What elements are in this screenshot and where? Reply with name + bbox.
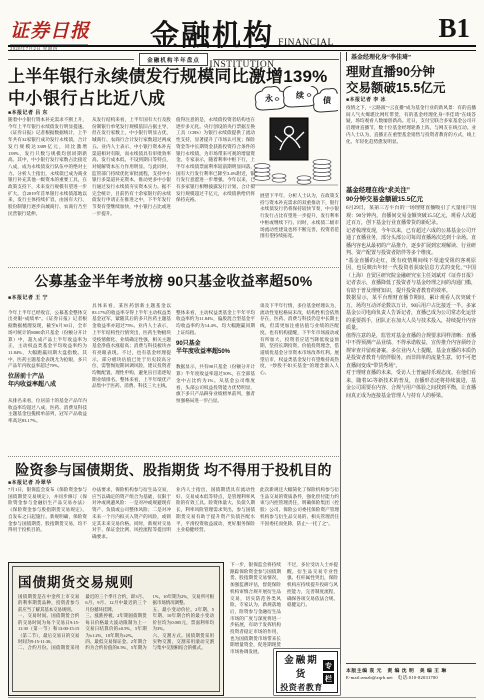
masthead-rule-thick <box>8 45 476 47</box>
page-number: B1 <box>438 13 470 44</box>
right-subhead: 基金经理在线“求关注” 90分钟交易金额破15.5亿元 <box>346 187 476 205</box>
insurance-body: 7月1日，银保监会发布《保险资金参与国债期货交易规定》，并同步修订《保险资金参与… <box>8 487 339 559</box>
badge-line1: 金融期货 <box>280 652 323 680</box>
insurance-byline: ■本报记者 冷翠华 <box>8 479 52 486</box>
insurance-headline: 险资参与国债期货、股指期货 均不得用于投机目的 <box>8 460 339 480</box>
cartoon-label-1: 永 <box>265 93 273 103</box>
badge-line2: 投资者教育 <box>280 682 323 693</box>
insurance-cont-column-a: 下一步，银保监会将持续跟踪保险资金参与国债期货、股指期货交易情况，加强监测评估，… <box>230 562 281 696</box>
fund-body: 今年上半年已经收官，公募基金整体交出亮眼“成绩单”。《证券日报》记者根据数据梳理… <box>8 303 339 453</box>
lead-byline: ■本报记者 吕 东 <box>8 109 48 116</box>
fund-byline: ■本报记者 王 宁 <box>8 294 48 301</box>
right-kicker: 基金经理化身“李佳琦” <box>346 52 476 61</box>
fund-col1-text-a: 今年上半年已经收官，公募基金整体交出亮眼“成绩单”。《证券日报》记者根据数据梳理… <box>8 310 87 369</box>
fund-column-3: 整体来看，主动权益类基金上半年平均收益率约为11.84%，偏股混合型基金平均收益… <box>176 303 255 453</box>
kicker-line-left <box>8 59 134 60</box>
separator-1 <box>8 267 339 268</box>
rules-box-inner: 国债期货交易规则 国债期货是在中金所上市交易的利率期货品种，投资者参与前应当了解… <box>12 566 220 692</box>
footer-editors: 本版主编 袁 元 责 编 沈 明 美 编 王 琳 <box>346 667 476 674</box>
fund-headline: 公募基金半年考放榜 90只基金收益率超50% <box>8 271 339 291</box>
treasury-futures-rules-box: 国债期货交易规则 国债期货是在中金所上市交易的利率期货品种，投资者参与前应当了解… <box>8 562 224 696</box>
newspaper-name: 证券日报 <box>10 16 130 43</box>
right-body-intro: 疫情之下，“云路演”“云直播”成为基金行业的新风景：有的直播间人气火爆堪比网红带… <box>346 105 476 185</box>
insurance-column-3: 业内人士指出，国债期货具有流动性好、交易成本低等特点，是管理利率风险的有效工具。… <box>176 487 255 559</box>
right-body-main: 6月29日，某第三方平台的一场理财直播吸引了大量用户围观：90分钟内，直播间交易… <box>346 205 476 659</box>
fund-column-4: 谈及下半年行情，多位基金经理认为，流动性宽松格局未改，结构性机会依然存在，医药、… <box>260 303 339 453</box>
insurance-column-2: 办法要求，保险机构参与衍生品交易，应当以确定的资产组合为基础，仅限于对冲或规避风… <box>92 487 171 559</box>
masthead-rule-thin <box>8 50 476 51</box>
fund-column-2: 具体来看，某医药创新主题基金以83.17%的收益率夺得上半年主动权益类基金冠军，… <box>92 303 171 453</box>
insurance-column-1: 7月1日，银保监会发布《保险资金参与国债期货交易规定》，并同步修订《保险资金参与… <box>8 487 87 559</box>
badge-column-tag: 专 栏 <box>323 660 334 684</box>
lead-column-3: 值得注意的是，永续债投资者结构也在逐步多元化。央行创设的央行票据互换工具（CBS… <box>176 117 255 266</box>
rules-box-title: 国债期货交易规则 <box>18 571 214 591</box>
financial-futures-education-badge: 金融期货 投资者教育 专 栏 <box>276 651 338 693</box>
fund-column-1: 今年上半年已经收官，公募基金整体交出亮眼“成绩单”。《证券日报》记者根据数据梳理… <box>8 303 87 453</box>
insurance-column-4: 此次新规还大幅简化了保险机构参与衍生品交易的资质条件，强化偿付能力约束与内控管理… <box>260 487 339 559</box>
lead-column-1: 随着中小银行资本补充需求不断上升，今年上半年银行永续债发行明显提速。《证券日报》… <box>8 117 87 266</box>
right-byline: ■本报记者 李 冰 <box>346 96 386 103</box>
fund-col1-text-b: 从排名来看，位居前十的基金产品年内收益率均超过八成，医药、消费及科技主题基金包揽… <box>8 398 87 423</box>
page-footer: 本版主编 袁 元 责 编 沈 明 美 编 王 琳 E-mail:zmzb@zqr… <box>346 663 476 681</box>
badge-tag-1: 专 <box>323 660 334 671</box>
right-headline-line2: 交易额破15.5亿元 <box>346 78 476 96</box>
cartoon-label-3: 债 <box>322 95 331 105</box>
badge-text: 金融期货 投资者教育 <box>280 652 323 693</box>
fund-col3-text-a: 整体来看，主动权益类基金上半年平均收益率约为11.84%，偏股混合型基金平均收益… <box>176 310 255 335</box>
footer-contact: E-mail:zmzb@zqrb.net 电话:010-82031700 <box>346 675 476 681</box>
lead-column-2: 从发行结构来看，上半年国有大行及股份制银行单笔发行规模依旧占据主导，但在发行家数… <box>92 117 171 266</box>
separator-2 <box>8 456 339 457</box>
fund-subhead-1: 位居前十产品 年内收益率超八成 <box>8 373 87 389</box>
section-title-cn: 金融机构 <box>150 20 274 52</box>
perpetual-bond-cartoon: 永 续 债 <box>252 86 338 190</box>
badge-tag-2: 栏 <box>323 673 334 684</box>
rules-box-body: 国债期货是在中金所上市交易的利率期货品种，投资者参与前应当了解其基本交易规则。 … <box>18 594 214 694</box>
insurance-cont-column-b-text: 不过，多位受访人士亦提醒，衍生品交易专业性强、杠杆属性突出，保险机构应持续提升投… <box>287 562 338 646</box>
column-divider <box>340 52 341 664</box>
cartoon-label-2: 续 <box>295 90 304 100</box>
kicker-line-right <box>213 59 339 60</box>
fund-subhead-2: 90只基金 半年度收益率超50% <box>176 340 255 356</box>
fund-col3-text-b: 数据显示，共有90只基金（份额分开计算）半年度收益率超过50%，在全部基金中占比… <box>176 364 255 403</box>
page-bottom-rule <box>8 697 476 698</box>
